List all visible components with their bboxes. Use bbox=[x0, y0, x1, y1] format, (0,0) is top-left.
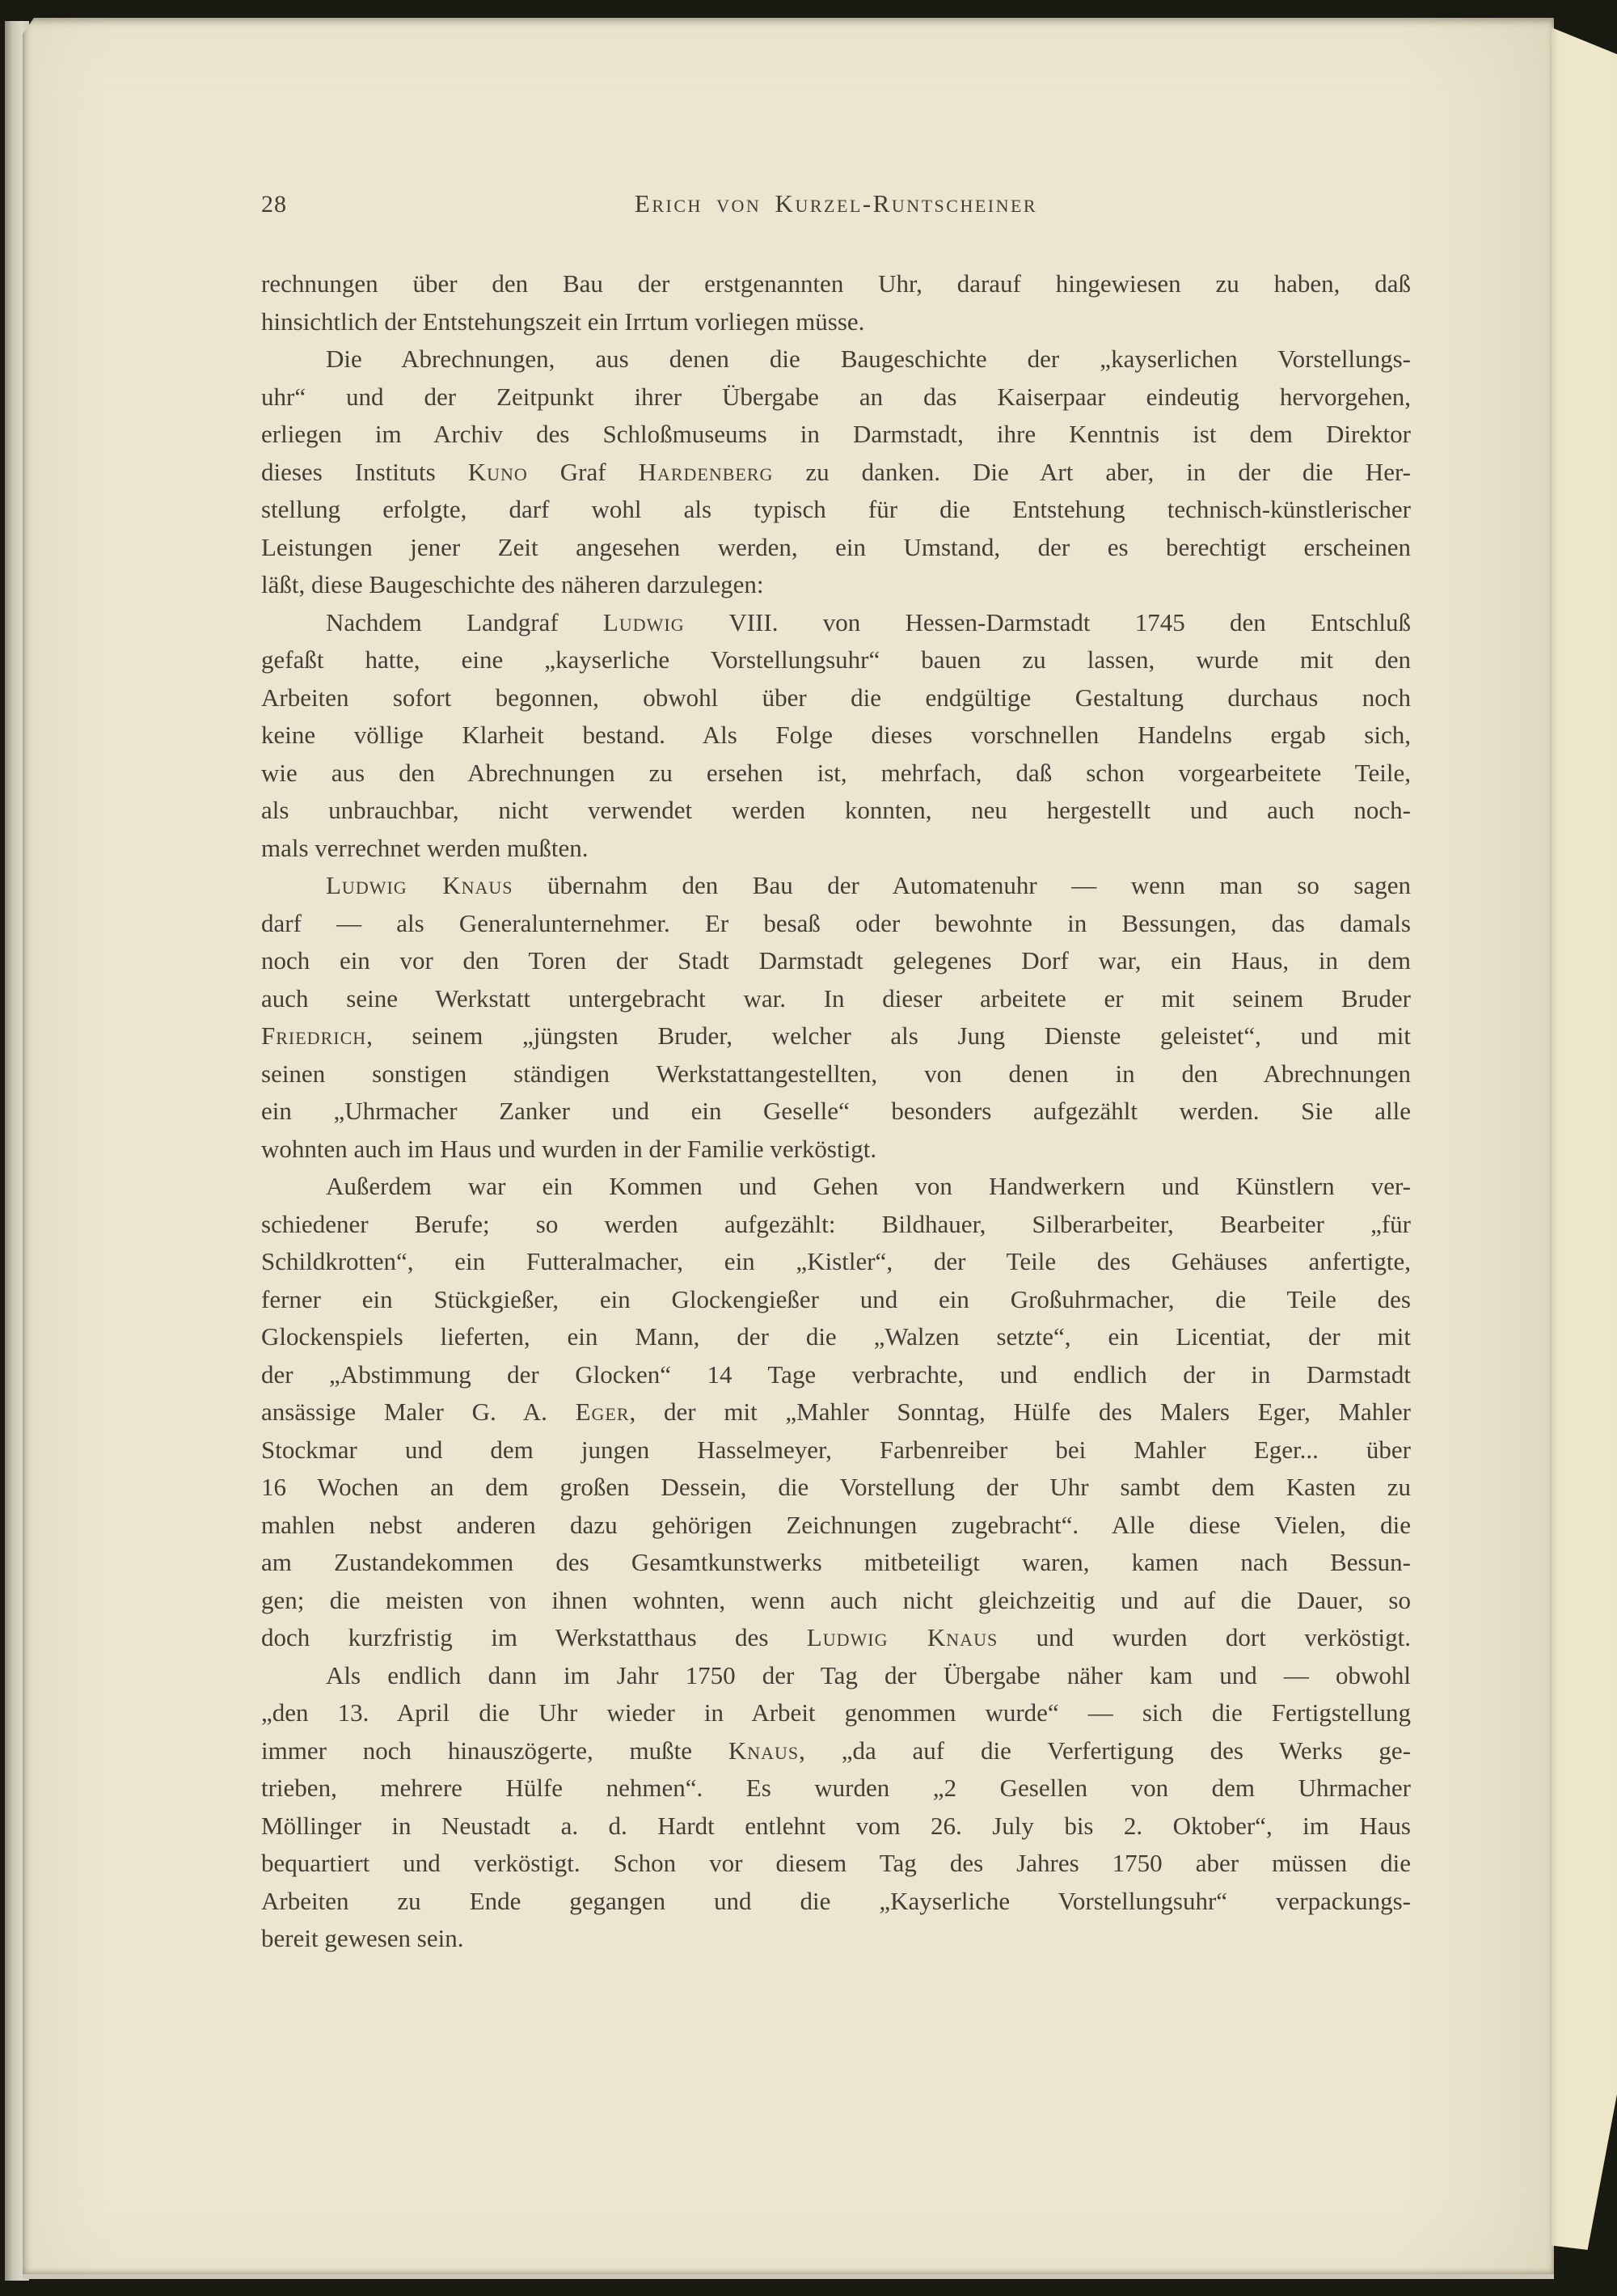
paragraph: Als endlich dann im Jahr 1750 der Tag de… bbox=[261, 1657, 1411, 1958]
person-name: Ludwig Knaus bbox=[326, 871, 513, 899]
person-name: Ludwig Knaus bbox=[807, 1623, 998, 1651]
text-line: Arbeiten sofort begonnen, obwohl über di… bbox=[261, 679, 1411, 717]
text-line: Außerdem war ein Kommen und Gehen von Ha… bbox=[261, 1168, 1411, 1206]
paragraph: Außerdem war ein Kommen und Gehen von Ha… bbox=[261, 1168, 1411, 1657]
text-line: wohnten auch im Haus und wurden in der F… bbox=[261, 1131, 1411, 1169]
book-scan: 28 Erich von Kurzel-Runtscheiner rechnun… bbox=[0, 0, 1617, 2296]
paragraph: rechnungen über den Bau der erstgenannte… bbox=[261, 265, 1411, 340]
text-line: Glockenspiels lieferten, ein Mann, der d… bbox=[261, 1318, 1411, 1356]
text-line: dieses Instituts Kuno Graf Hardenberg zu… bbox=[261, 454, 1411, 492]
text-line: am Zustandekommen des Gesamtkunstwerks m… bbox=[261, 1544, 1411, 1582]
text-line: 16 Wochen an dem großen Dessein, die Vor… bbox=[261, 1469, 1411, 1507]
text-line: Die Abrechnungen, aus denen die Baugesch… bbox=[261, 340, 1411, 378]
book-page: 28 Erich von Kurzel-Runtscheiner rechnun… bbox=[23, 18, 1554, 2279]
text-line: bequartiert und verköstigt. Schon vor di… bbox=[261, 1845, 1411, 1883]
page-text: rechnungen über den Bau der erstgenannte… bbox=[261, 265, 1411, 1958]
text-line: mahlen nebst anderen dazu gehörigen Zeic… bbox=[261, 1507, 1411, 1545]
text-line: bereit gewesen sein. bbox=[261, 1920, 1411, 1958]
paragraph: Die Abrechnungen, aus denen die Baugesch… bbox=[261, 340, 1411, 604]
person-name: Hardenberg bbox=[639, 458, 774, 486]
text-line: Als endlich dann im Jahr 1750 der Tag de… bbox=[261, 1657, 1411, 1695]
text-line: läßt, diese Baugeschichte des näheren da… bbox=[261, 566, 1411, 604]
text-line: uhr“ und der Zeitpunkt ihrer Übergabe an… bbox=[261, 378, 1411, 416]
text-line: Stockmar und dem jungen Hasselmeyer, Far… bbox=[261, 1431, 1411, 1469]
text-line: rechnungen über den Bau der erstgenannte… bbox=[261, 265, 1411, 303]
text-line: ein „Uhrmacher Zanker und ein Geselle“ b… bbox=[261, 1093, 1411, 1131]
person-name: Eger bbox=[576, 1397, 630, 1426]
adjacent-page-edge bbox=[1552, 27, 1617, 2250]
text-line: ansässige Maler G. A. Eger, der mit „Mah… bbox=[261, 1393, 1411, 1431]
paragraph: Nachdem Landgraf Ludwig VIII. von Hessen… bbox=[261, 604, 1411, 868]
text-line: doch kurzfristig im Werkstatthaus des Lu… bbox=[261, 1619, 1411, 1657]
text-line: gen; die meisten von ihnen wohnten, wenn… bbox=[261, 1582, 1411, 1620]
text-line: ferner ein Stückgießer, ein Glockengieße… bbox=[261, 1281, 1411, 1319]
text-line: Arbeiten zu Ende gegangen und die „Kayse… bbox=[261, 1883, 1411, 1921]
paragraph: Ludwig Knaus übernahm den Bau der Automa… bbox=[261, 867, 1411, 1168]
text-line: schiedener Berufe; so werden aufgezählt:… bbox=[261, 1206, 1411, 1244]
text-line: mals verrechnet werden mußten. bbox=[261, 830, 1411, 868]
text-line: Möllinger in Neustadt a. d. Hardt entleh… bbox=[261, 1808, 1411, 1846]
text-line: Schildkrotten“, ein Futteralmacher, ein … bbox=[261, 1243, 1411, 1281]
text-line: als unbrauchbar, nicht verwendet werden … bbox=[261, 792, 1411, 830]
person-name: Friedrich bbox=[261, 1021, 366, 1050]
text-line: Ludwig Knaus übernahm den Bau der Automa… bbox=[261, 867, 1411, 905]
text-line: keine völlige Klarheit bestand. Als Folg… bbox=[261, 717, 1411, 755]
text-line: immer noch hinauszögerte, mußte Knaus, „… bbox=[261, 1732, 1411, 1770]
text-line: der „Abstimmung der Glocken“ 14 Tage ver… bbox=[261, 1356, 1411, 1394]
running-header: Erich von Kurzel-Runtscheiner bbox=[261, 189, 1411, 218]
text-line: wie aus den Abrechnungen zu ersehen ist,… bbox=[261, 755, 1411, 793]
text-line: Friedrich, seinem „jüngsten Bruder, welc… bbox=[261, 1017, 1411, 1055]
page-header: 28 Erich von Kurzel-Runtscheiner bbox=[261, 189, 1411, 225]
text-line: noch ein vor den Toren der Stadt Darmsta… bbox=[261, 942, 1411, 980]
text-line: gefaßt hatte, eine „kayserliche Vorstell… bbox=[261, 641, 1411, 679]
text-line: stellung erfolgte, darf wohl als typisch… bbox=[261, 491, 1411, 529]
person-name: Ludwig bbox=[603, 608, 685, 636]
person-name: Knaus bbox=[728, 1736, 799, 1765]
text-line: auch seine Werkstatt untergebracht war. … bbox=[261, 980, 1411, 1018]
text-line: Nachdem Landgraf Ludwig VIII. von Hessen… bbox=[261, 604, 1411, 642]
text-line: darf — als Generalunternehmer. Er besaß … bbox=[261, 905, 1411, 943]
text-line: „den 13. April die Uhr wieder in Arbeit … bbox=[261, 1694, 1411, 1732]
text-line: trieben, mehrere Hülfe nehmen“. Es wurde… bbox=[261, 1770, 1411, 1808]
text-line: seinen sonstigen ständigen Werkstattange… bbox=[261, 1055, 1411, 1093]
text-line: Leistungen jener Zeit angesehen werden, … bbox=[261, 529, 1411, 567]
person-name: Kuno bbox=[468, 458, 528, 486]
text-line: erliegen im Archiv des Schloßmuseums in … bbox=[261, 416, 1411, 454]
text-line: hinsichtlich der Entstehungszeit ein Irr… bbox=[261, 303, 1411, 341]
